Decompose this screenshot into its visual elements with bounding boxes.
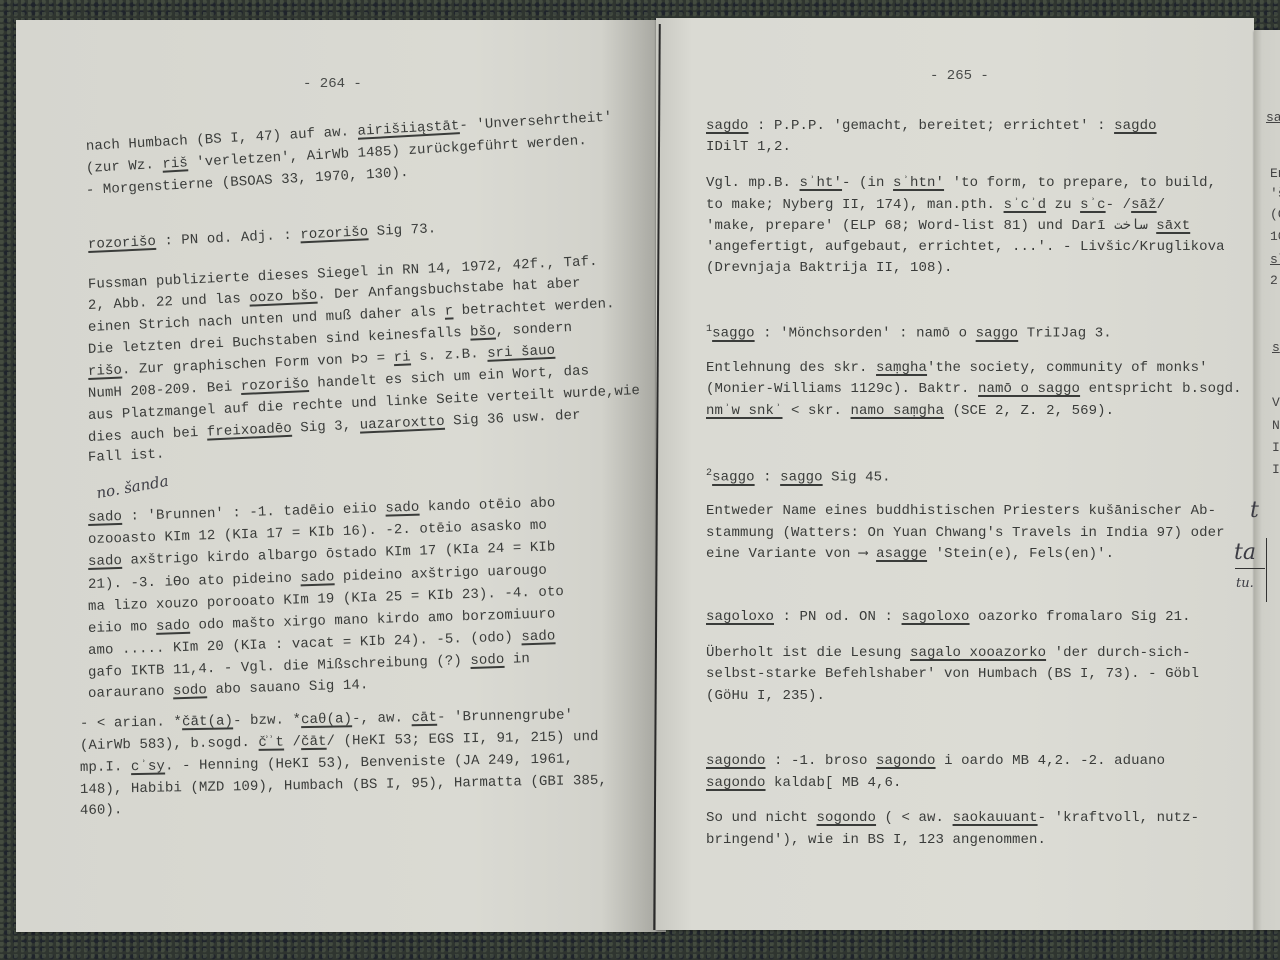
entry-headword: sagdo : P.P.P. 'gemacht, bereitet; erric…: [706, 118, 1157, 134]
underlined-term: sʾht': [800, 175, 843, 191]
peek-text: I: [1272, 440, 1280, 455]
underlined-term: sodo: [173, 682, 208, 699]
underlined-term: r: [444, 303, 453, 319]
underlined-term: asagge: [876, 546, 927, 562]
page-number-right: - 265 -: [930, 68, 989, 84]
underlined-term: cāt: [411, 710, 437, 726]
text-line: stammung (Watters: On Yuan Chwang's Trav…: [706, 525, 1225, 541]
peek-text: sl: [1270, 252, 1280, 267]
underlined-term: riš: [162, 155, 188, 172]
margin-note: t: [1250, 498, 1259, 523]
underlined-term: caθ(a): [301, 711, 352, 728]
text-line: to make; Nyberg II, 174), man.pth. sʾcʾd…: [706, 197, 1165, 213]
underlined-term: sado: [385, 500, 420, 517]
underlined-term: sagdo: [706, 118, 749, 134]
headword-text: saggo : saggo Sig 45.: [712, 470, 891, 486]
text-line: (GöHu I, 235).: [706, 688, 825, 704]
underlined-term: sado: [88, 509, 123, 526]
headword-text: saggo : 'Mönchsorden' : namō o saggo Tri…: [712, 326, 1112, 342]
margin-note: tu.: [1236, 576, 1254, 591]
underlined-term: sāž: [1131, 197, 1157, 213]
underlined-term: oozo bšo: [249, 288, 318, 307]
underlined-term: saggo: [976, 326, 1019, 342]
underlined-term: sado: [521, 628, 556, 645]
entry-headword: sagoloxo : PN od. ON : sagoloxo oazorko …: [706, 609, 1191, 625]
entry-headword: 2saggo : saggo Sig 45.: [706, 466, 891, 486]
text-line: Entlehnung des skr. saṃgha'the society, …: [706, 360, 1208, 376]
underlined-term: rozorišo: [88, 234, 157, 253]
underlined-term: sagondo: [876, 753, 936, 769]
underlined-term: sodo: [470, 652, 505, 669]
text-line: nmʾw snkʾ < skr. namo saṃgha (SCE 2, Z. …: [706, 403, 1114, 419]
margin-note: ta: [1234, 540, 1256, 565]
underlined-term: sado: [88, 553, 123, 570]
underlined-term: sagalo xooazorko: [910, 645, 1046, 661]
peek-text: V: [1272, 395, 1280, 410]
underlined-term: saggo: [712, 470, 755, 486]
text-line: Vgl. mp.B. sʾht'- (in sʾhtn' 'to form, t…: [706, 175, 1216, 191]
margin-rule: [1235, 568, 1265, 569]
margin-rule: [1266, 538, 1267, 602]
text-line: sagondo kaldab[ MB 4,6.: [706, 775, 902, 791]
underlined-term: sāxt: [1156, 218, 1190, 234]
peek-text: 2: [1270, 273, 1278, 288]
underlined-term: namo saṃgha: [851, 403, 945, 419]
underlined-term: čāt(a): [182, 713, 233, 730]
underlined-term: sʾc: [1080, 197, 1106, 213]
text-line: (Monier-Williams 1129c). Baktr. namō o s…: [706, 381, 1242, 397]
underlined-term: rozorišo: [241, 376, 310, 395]
text-line: Überholt ist die Lesung sagalo xooazorko…: [706, 645, 1191, 661]
underlined-term: č͗ʾt: [258, 734, 284, 750]
peek-text: sa: [1266, 110, 1280, 125]
underlined-term: nmʾw snkʾ: [706, 403, 783, 419]
underlined-term: sagoloxo: [902, 609, 970, 625]
underlined-term: saggo: [780, 470, 823, 486]
peek-text: (C: [1270, 207, 1280, 222]
underlined-term: sagoloxo: [706, 609, 774, 625]
peek-text: s: [1272, 340, 1280, 355]
underlined-term: rišo: [88, 362, 123, 380]
text-line: Entweder Name eines buddhistischen Pries…: [706, 503, 1216, 519]
underlined-term: sʾhtn': [893, 175, 944, 191]
underlined-term: sagondo: [706, 753, 766, 769]
text-line: So und nicht sogondo ( < aw. saokauuant-…: [706, 810, 1199, 826]
underlined-term: sagondo: [706, 775, 766, 791]
peek-text: I: [1272, 462, 1280, 477]
underlined-term: saokauuant: [953, 810, 1038, 826]
text-line: IDilT 1,2.: [706, 139, 791, 155]
peek-text: N: [1272, 418, 1280, 433]
peek-text: En: [1270, 166, 1280, 181]
underlined-term: bšo: [470, 323, 496, 340]
underlined-term: namō o saggo: [978, 381, 1080, 397]
underlined-term: sʾcʾd: [1004, 197, 1047, 213]
underlined-term: rozorišo: [300, 224, 369, 243]
peek-text: 'š: [1270, 186, 1280, 201]
text-line: 'make, prepare' (ELP 68; Word-list 81) u…: [706, 218, 1190, 234]
entry-headword: 1saggo : 'Mönchsorden' : namō o saggo Tr…: [706, 322, 1112, 342]
underlined-term: sogondo: [817, 810, 877, 826]
text-line: 'angefertigt, aufgebaut, errichtet, ...'…: [706, 239, 1225, 255]
underlined-term: cʾsy: [131, 759, 165, 776]
underlined-term: sri šauo: [487, 343, 556, 362]
page-number-left: - 264 -: [303, 76, 362, 92]
underlined-term: sado: [156, 618, 191, 635]
underlined-term: sado: [300, 569, 335, 586]
underlined-term: sagdo: [1114, 118, 1157, 134]
underlined-term: ri: [393, 349, 411, 366]
next-page-edge: [1254, 30, 1280, 930]
text-line: bringend'), wie in BS I, 123 angenommen.: [706, 832, 1046, 848]
text-line: 460).: [80, 802, 123, 819]
underlined-term: čāt: [301, 734, 327, 750]
underlined-term: saṃgha: [876, 360, 927, 376]
text-line: (Drevnjaja Baktrija II, 108).: [706, 260, 953, 276]
peek-text: 10: [1270, 229, 1280, 244]
text-line: selbst-starke Befehlshaber' von Humbach …: [706, 666, 1199, 682]
text-line: eine Variante von ⟶ asagge 'Stein(e), Fe…: [706, 546, 1114, 562]
entry-headword: sagondo : -1. broso sagondo i oardo MB 4…: [706, 753, 1165, 769]
underlined-term: saggo: [712, 326, 755, 342]
